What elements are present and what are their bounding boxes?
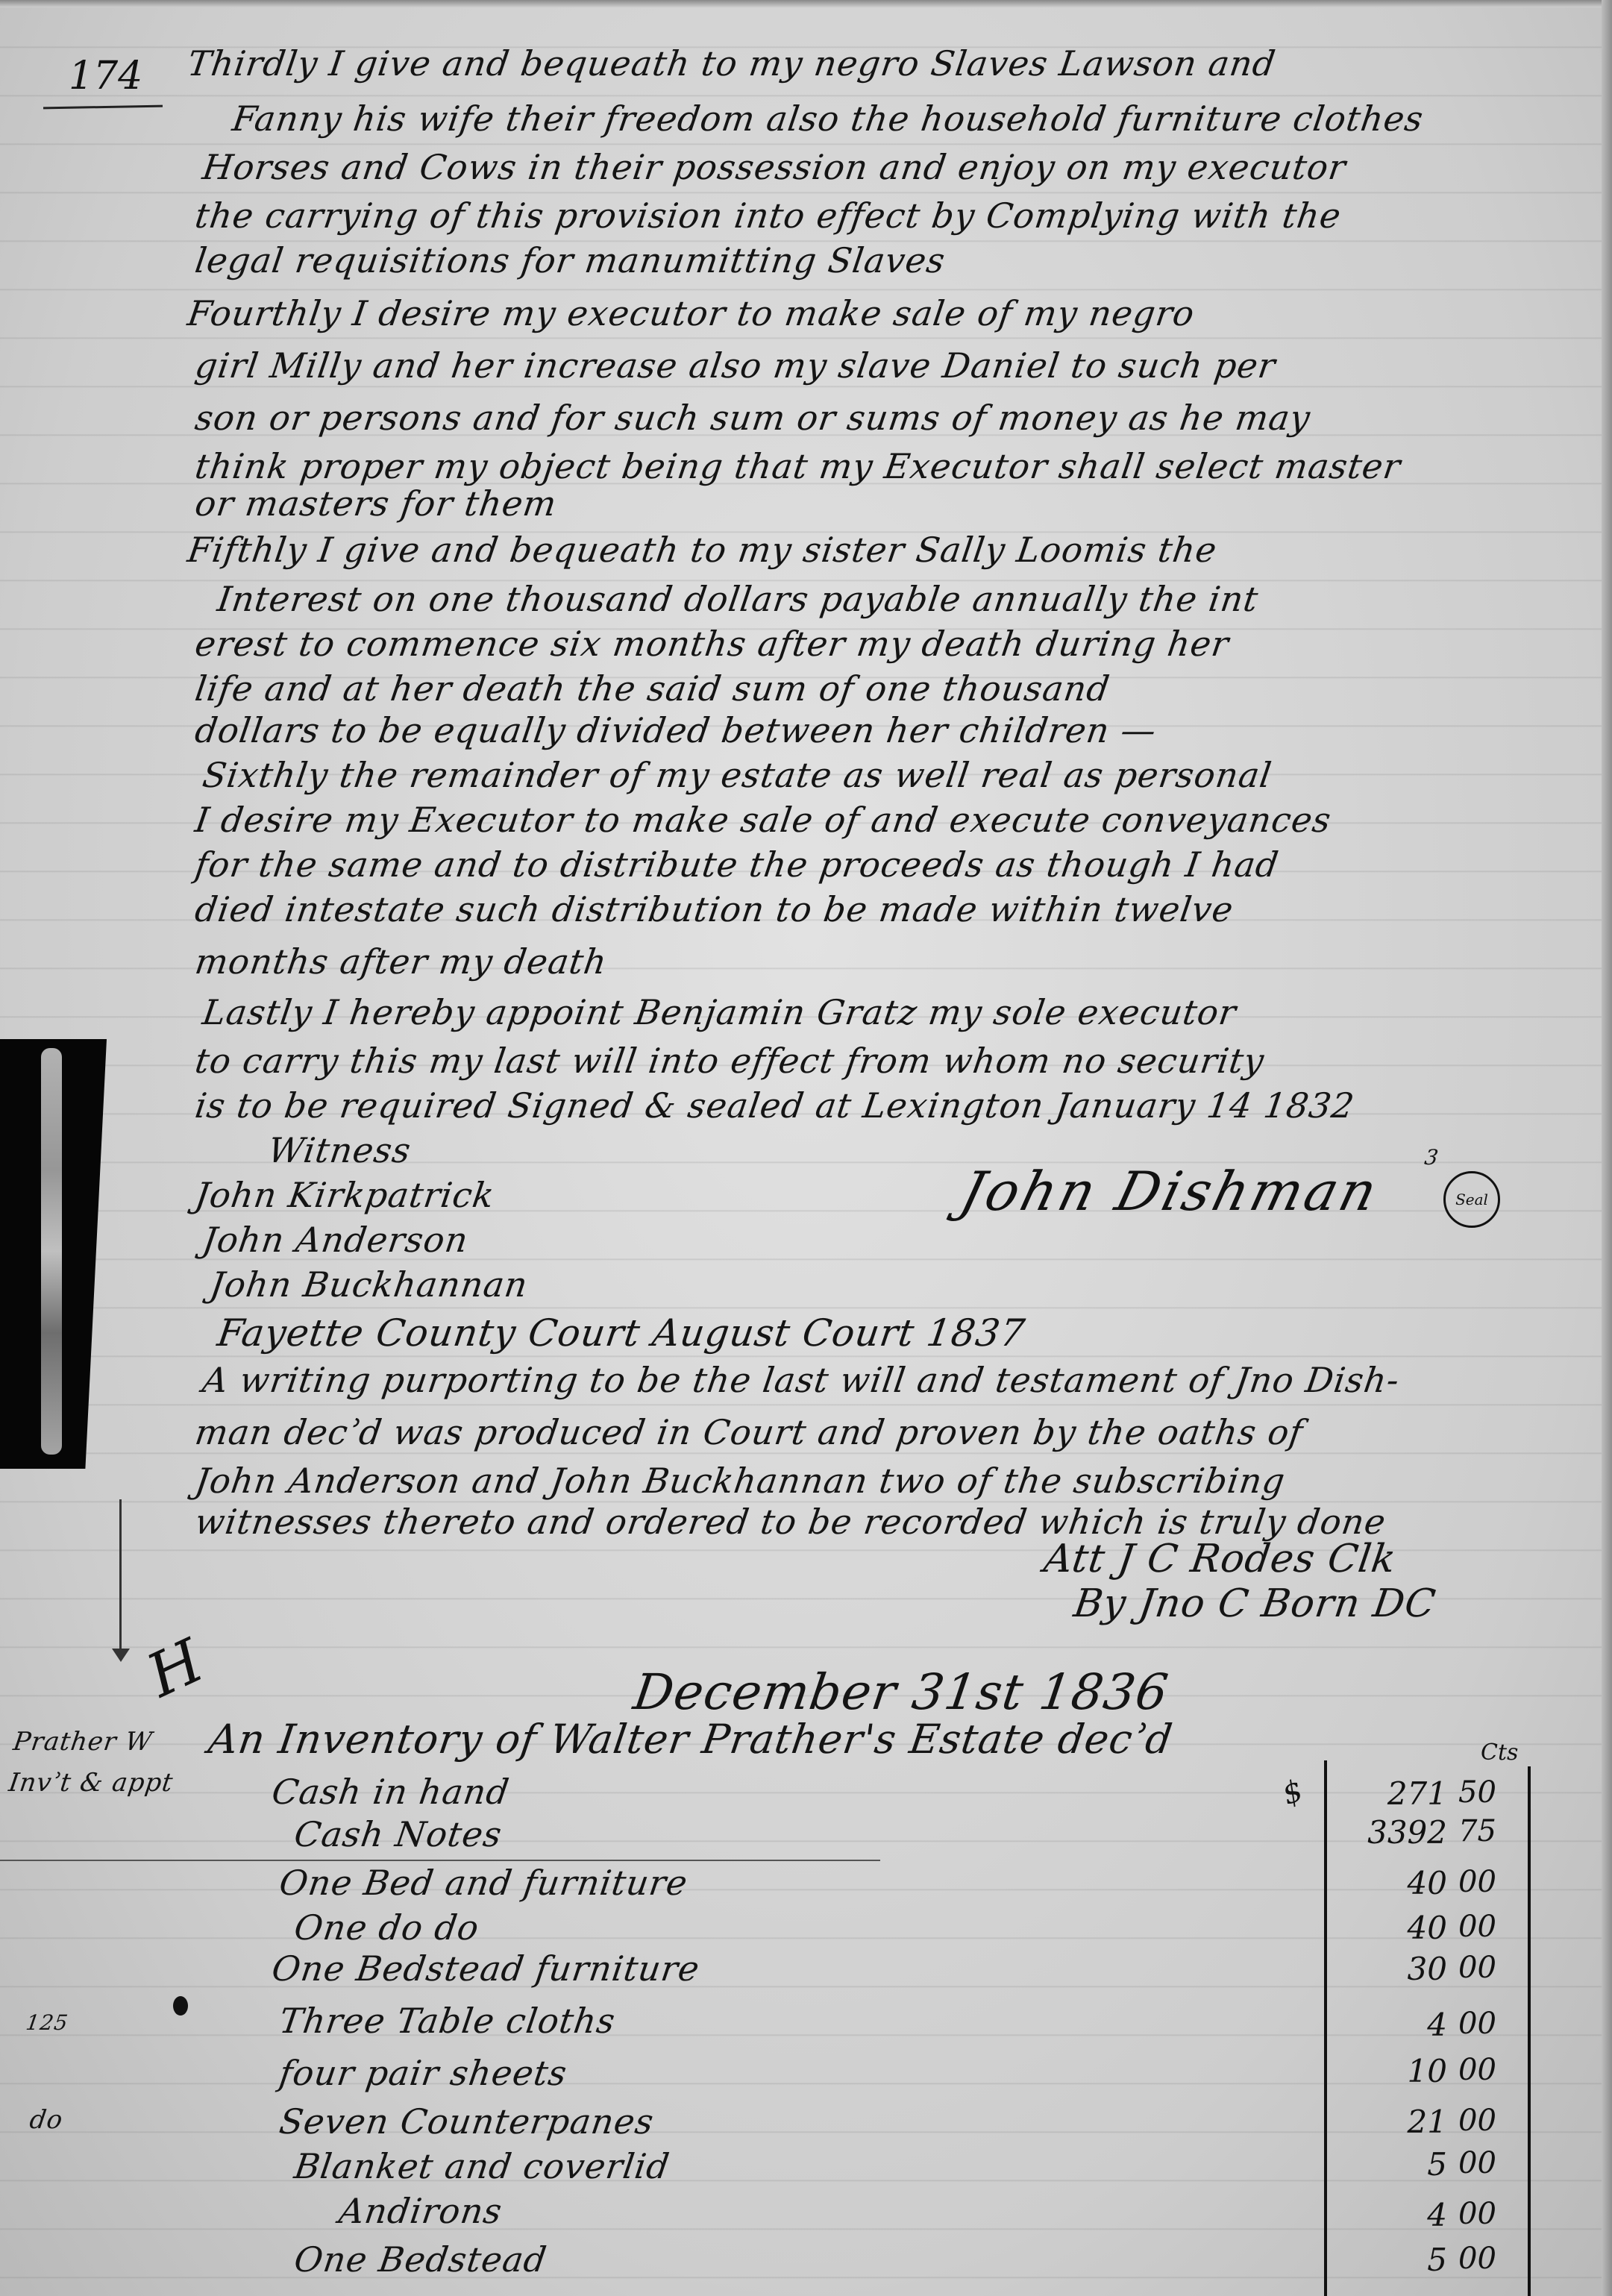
inventory-item-dollars: 40 — [1350, 1910, 1447, 1946]
witness-name: John Anderson — [200, 1220, 471, 1260]
will-line: legal requisitions for manumitting Slave… — [192, 240, 948, 280]
will-line: the carrying of this provision into effe… — [192, 195, 1343, 236]
inventory-item-description: four pair sheets — [277, 2053, 570, 2093]
inventory-item-description: One Bedstead furniture — [269, 1948, 702, 1989]
inventory-item-cents: 00 — [1458, 2104, 1496, 2138]
inventory-item-cents: 50 — [1458, 1775, 1496, 1810]
will-line: dollars to be equally divided between he… — [192, 710, 1159, 750]
will-line: Thirdly I give and bequeath to my negro … — [185, 43, 1279, 84]
seal-mark: 3 — [1423, 1145, 1440, 1170]
page-number: 174 — [69, 54, 142, 98]
inventory-item-description: Three Table cloths — [277, 2001, 618, 2041]
margin-arrow-line — [119, 1499, 122, 1656]
will-line: Fanny his wife their freedom also the ho… — [230, 98, 1426, 139]
dollar-sign-icon: $ — [1278, 1773, 1308, 1812]
inventory-item-description: Cash in hand — [269, 1772, 512, 1812]
inventory-item-dollars: 40 — [1350, 1865, 1447, 1901]
court-line: witnesses thereto and ordered to be reco… — [192, 1502, 1388, 1542]
inventory-item-dollars: 3392 — [1350, 1814, 1447, 1851]
margin-note-inventory: Invʾt & appt — [7, 1768, 175, 1798]
binding-tab — [0, 1039, 107, 1469]
will-line: life and at her death the said sum of on… — [192, 668, 1112, 709]
will-line: is to be required Signed & sealed at Lex… — [192, 1085, 1357, 1126]
inventory-item-description: Blanket and coverlid — [292, 2146, 672, 2186]
court-line: A writing purporting to be the last will… — [200, 1360, 1402, 1400]
will-line: months after my death — [192, 941, 609, 982]
inventory-item-description: Seven Counterpanes — [277, 2101, 656, 2142]
ink-blot — [173, 1996, 188, 2016]
will-line: son or persons and for such sum or sums … — [192, 398, 1313, 438]
clerk-attest: Att J C Rodes Clk — [1041, 1537, 1399, 1581]
will-line: died intestate such distribution to be m… — [192, 889, 1236, 929]
inventory-date: December 31st 1836 — [630, 1663, 1173, 1721]
witness-name: John Buckhannan — [207, 1264, 530, 1305]
inventory-item-cents: 00 — [1458, 2053, 1496, 2087]
seal-label: Seal — [1455, 1191, 1488, 1208]
inventory-title: An Inventory of Walter Prather's Estate … — [206, 1716, 1176, 1763]
witness-name: John Kirkpatrick — [192, 1175, 497, 1215]
will-line: or masters for them — [192, 483, 559, 524]
cents-column-header: Cts — [1481, 1740, 1518, 1766]
witness-label: Witness — [266, 1130, 413, 1170]
court-line: man decʾd was produced in Court and prov… — [192, 1412, 1305, 1452]
inventory-item-cents: 00 — [1458, 2242, 1496, 2276]
inventory-item-cents: 00 — [1458, 2007, 1496, 2041]
dollar-column-rule — [1324, 1760, 1327, 2296]
binding-tab-highlight — [41, 1048, 62, 1455]
court-line: John Anderson and John Buckhannan two of… — [192, 1461, 1288, 1501]
inventory-item-dollars: 5 — [1350, 2146, 1447, 2183]
will-line: Horses and Cows in their possession and … — [200, 147, 1349, 187]
inventory-item-description: One do do — [292, 1907, 482, 1948]
inventory-item-cents: 00 — [1458, 1865, 1496, 1899]
ruled-line — [0, 1860, 880, 1861]
inventory-item-cents: 00 — [1458, 1910, 1496, 1944]
inventory-margin-note: 125 — [25, 2010, 70, 2035]
cents-column-rule — [1528, 1766, 1531, 2296]
inventory-item-dollars: 5 — [1350, 2242, 1447, 2278]
inventory-item-dollars: 21 — [1350, 2104, 1447, 2140]
court-heading: Fayette County Court August Court 1837 — [215, 1311, 1028, 1355]
inventory-item-description: One Bed and furniture — [277, 1863, 690, 1903]
margin-note-name: Prather W — [11, 1727, 154, 1757]
will-line: Lastly I hereby appoint Benjamin Gratz m… — [200, 992, 1239, 1032]
deputy-clerk: By Jno C Born DC — [1071, 1581, 1439, 1626]
inventory-item-dollars: 10 — [1350, 2053, 1447, 2089]
inventory-item-cents: 75 — [1458, 1814, 1496, 1848]
inventory-item-dollars: 4 — [1350, 2197, 1447, 2233]
page-number-underline — [43, 105, 163, 110]
will-line: Fifthly I give and bequeath to my sister… — [185, 530, 1220, 570]
inventory-margin-note: do — [28, 2105, 65, 2135]
will-line: Sixthly the remainder of my estate as we… — [200, 755, 1274, 795]
margin-arrow-head-icon — [112, 1649, 130, 1662]
inventory-item-dollars: 4 — [1350, 2007, 1447, 2043]
will-line: to carry this my last will into effect f… — [192, 1041, 1267, 1081]
will-line: erest to commence six months after my de… — [192, 624, 1232, 664]
will-line: think proper my object being that my Exe… — [192, 446, 1403, 486]
testator-signature: John Dishman — [955, 1160, 1386, 1223]
inventory-item-description: Cash Notes — [292, 1814, 504, 1854]
page-right-edge — [1602, 0, 1612, 2296]
will-line: Fourthly I desire my executor to make sa… — [185, 293, 1197, 333]
inventory-item-description: Andirons — [336, 2191, 505, 2231]
inventory-item-description: One Bedstead — [292, 2239, 549, 2280]
seal-stamp: Seal — [1443, 1171, 1500, 1228]
will-line: girl Milly and her increase also my slav… — [192, 345, 1278, 386]
inventory-item-cents: 00 — [1458, 2197, 1496, 2231]
will-line: for the same and to distribute the proce… — [192, 844, 1282, 885]
inventory-item-cents: 00 — [1458, 2146, 1496, 2180]
will-line: I desire my Executor to make sale of and… — [192, 800, 1334, 840]
section-mark: H — [137, 1626, 214, 1711]
will-line: Interest on one thousand dollars payable… — [215, 579, 1261, 619]
inventory-item-dollars: 271 — [1350, 1775, 1447, 1812]
inventory-item-cents: 00 — [1458, 1951, 1496, 1985]
inventory-item-dollars: 30 — [1350, 1951, 1447, 1987]
page-top-edge — [0, 0, 1612, 7]
